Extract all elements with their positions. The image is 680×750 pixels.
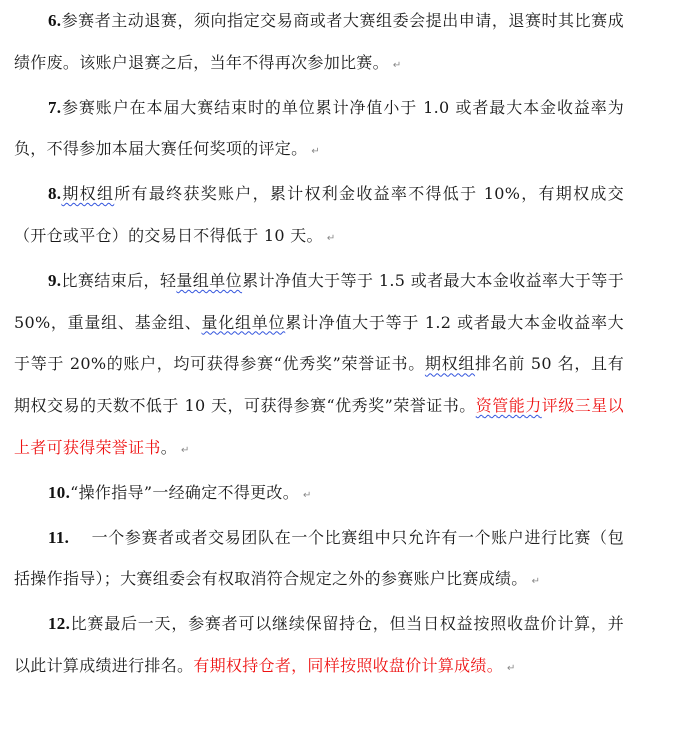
paragraph-mark-icon: ↵ [327, 233, 336, 244]
rule-number: 11. [48, 528, 69, 547]
rule-number: 8. [48, 184, 61, 203]
spellcheck-flagged-term[interactable]: 量化组单位 [202, 313, 286, 332]
spellcheck-flagged-term[interactable]: 量组单位 [176, 271, 242, 290]
rule-paragraph-7[interactable]: 7.参赛账户在本届大赛结束时的单位累计净值小于 1.0 或者最大本金收益率为负，… [14, 87, 624, 174]
rule-paragraph-12[interactable]: 12.比赛最后一天，参赛者可以继续保留持仓，但当日权益按照收盘价计算，并以此计算… [14, 603, 624, 690]
paragraph-mark-icon: ↵ [181, 445, 190, 456]
rule-text: 。 [161, 438, 177, 457]
spellcheck-flagged-term[interactable]: 期权组 [425, 354, 475, 373]
highlighted-spellcheck-term[interactable]: 资管能力 [476, 396, 542, 415]
paragraph-mark-icon: ↵ [532, 576, 541, 587]
document-page: 6.参赛者主动退赛，须向指定交易商或者大赛组委会提出申请，退赛时其比赛成绩作废。… [14, 0, 624, 690]
rule-paragraph-11[interactable]: 11.一个参赛者或者交易团队在一个比赛组中只允许有一个账户进行比赛（包括操作指导… [14, 517, 624, 604]
highlighted-text: 有期权持仓者，同样按照收盘价计算成绩。 [193, 656, 503, 675]
rule-number: 12. [48, 614, 70, 633]
rule-number: 10. [48, 483, 70, 502]
rule-number: 6. [48, 11, 61, 30]
rule-number: 9. [48, 271, 61, 290]
rule-text: 参赛者主动退赛，须向指定交易商或者大赛组委会提出申请，退赛时其比赛成绩作废。该账… [14, 11, 624, 72]
rule-paragraph-6[interactable]: 6.参赛者主动退赛，须向指定交易商或者大赛组委会提出申请，退赛时其比赛成绩作废。… [14, 0, 624, 87]
paragraph-mark-icon: ↵ [311, 146, 320, 157]
rule-paragraph-10[interactable]: 10.“操作指导”一经确定不得更改。↵ [14, 472, 624, 517]
rule-text: “操作指导”一经确定不得更改。 [70, 483, 299, 502]
paragraph-mark-icon: ↵ [507, 663, 516, 674]
rule-paragraph-8[interactable]: 8.期权组所有最终获奖账户，累计权利金收益率不得低于 10%，有期权成交（开仓或… [14, 173, 624, 260]
spellcheck-flagged-term[interactable]: 期权组 [61, 184, 114, 203]
rule-text: 比赛结束后，轻 [61, 271, 176, 290]
rule-paragraph-9[interactable]: 9.比赛结束后，轻量组单位累计净值大于等于 1.5 或者最大本金收益率大于等于 … [14, 260, 624, 472]
paragraph-mark-icon: ↵ [393, 60, 402, 71]
rule-number: 7. [48, 98, 61, 117]
paragraph-mark-icon: ↵ [303, 490, 312, 501]
